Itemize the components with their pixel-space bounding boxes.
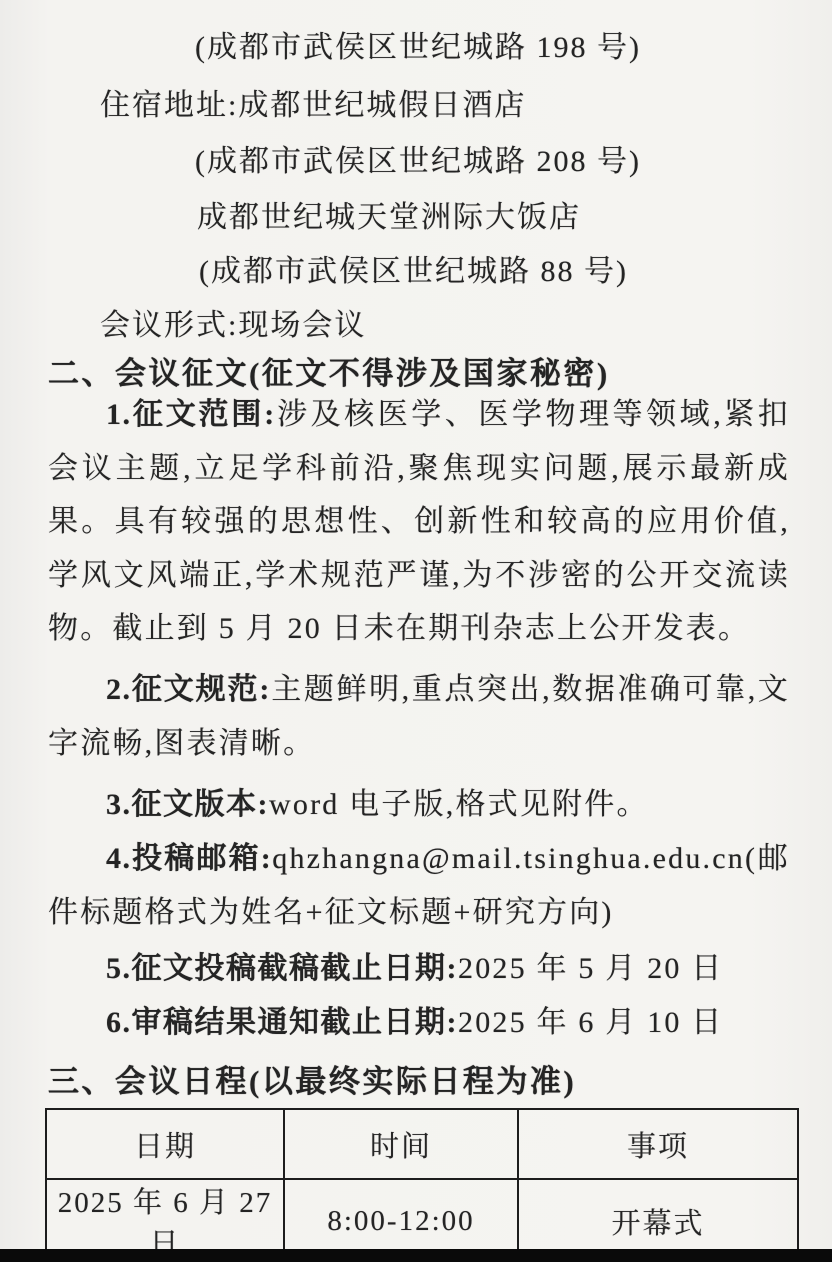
- hotel2-address-88: (成都市武侯区世纪城路 88 号): [199, 246, 628, 290]
- paragraph-deadline-submit: 5.征文投稿截稿截止日期:2025 年 5 月 20 日: [48, 942, 790, 996]
- lodging-address-208: (成都市武侯区世纪城路 208 号): [195, 136, 641, 180]
- paragraph-email: 4.投稿邮箱:qhzhangna@mail.tsinghua.edu.cn(邮件…: [48, 832, 790, 939]
- paragraph-version-label: 3.征文版本:: [106, 788, 269, 821]
- paragraph-deadline-submit-label: 5.征文投稿截稿截止日期:: [106, 952, 458, 985]
- schedule-header-date: 日期: [46, 1109, 284, 1179]
- paragraph-version: 3.征文版本:word 电子版,格式见附件。: [48, 778, 790, 832]
- venue-address-198: (成都市武侯区世纪城路 198 号): [195, 22, 641, 66]
- paragraph-scope-text: 涉及核医学、医学物理等领域,紧扣会议主题,立足学科前沿,聚焦现实问题,展示最新成…: [48, 398, 790, 645]
- scan-bottom-edge-bar: [0, 1249, 832, 1262]
- schedule-header-row: 日期 时间 事项: [46, 1109, 798, 1179]
- paragraph-scope-label: 1.征文范围:: [106, 398, 276, 431]
- paragraph-deadline-notify-text: 2025 年 6 月 10 日: [458, 1006, 724, 1039]
- section2-heading: 二、会议征文(征文不得涉及国家秘密): [48, 348, 610, 393]
- paragraph-deadline-notify-label: 6.审稿结果通知截止日期:: [106, 1006, 458, 1039]
- paragraph-deadline-notify: 6.审稿结果通知截止日期:2025 年 6 月 10 日: [48, 996, 790, 1050]
- schedule-header-time: 时间: [284, 1109, 518, 1179]
- paragraph-deadline-submit-text: 2025 年 5 月 20 日: [458, 952, 724, 985]
- schedule-header-item: 事项: [518, 1109, 798, 1179]
- schedule-table: 日期 时间 事项 2025 年 6 月 27 日 8:00-12:00 开幕式: [45, 1108, 799, 1262]
- meeting-format-line: 会议形式:现场会议: [100, 300, 366, 344]
- section3-heading: 三、会议日程(以最终实际日程为准): [48, 1056, 576, 1101]
- paragraph-standard: 2.征文规范:主题鲜明,重点突出,数据准确可靠,文字流畅,图表清晰。: [48, 663, 790, 770]
- paragraph-version-text: word 电子版,格式见附件。: [269, 788, 649, 821]
- hotel2-name: 成都世纪城天堂洲际大饭店: [197, 192, 581, 236]
- paragraph-standard-label: 2.征文规范:: [106, 673, 271, 706]
- paragraph-email-label: 4.投稿邮箱:: [106, 842, 272, 875]
- scanned-document-page: (成都市武侯区世纪城路 198 号) 住宿地址:成都世纪城假日酒店 (成都市武侯…: [0, 0, 832, 1262]
- lodging-address-line: 住宿地址:成都世纪城假日酒店: [100, 80, 526, 124]
- paragraph-scope: 1.征文范围:涉及核医学、医学物理等领域,紧扣会议主题,立足学科前沿,聚焦现实问…: [48, 388, 790, 656]
